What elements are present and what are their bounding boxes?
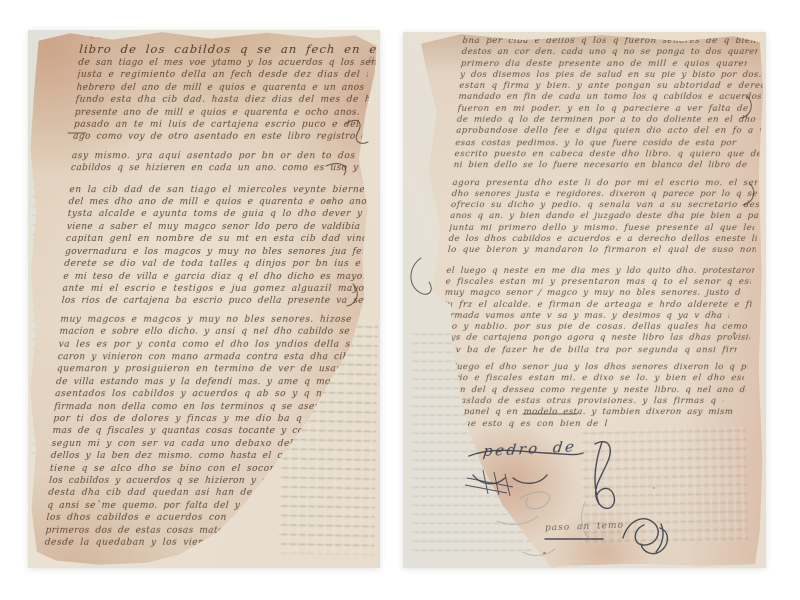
manuscript-line: simon del q dessea como regente y neste …	[438, 385, 747, 396]
manuscript-line: firmada vamos ante v sa y mas. y desimos…	[443, 311, 730, 322]
manuscript-line: quemaron y prosiguieron en termino de ve…	[56, 363, 366, 375]
manuscript-line: pasado an te mi luis de cartajena escrio…	[73, 119, 373, 131]
ink-speck	[328, 200, 331, 203]
manuscript-line: ante mi el escrio e testigos e jua gomez…	[62, 283, 375, 295]
manuscript-line: luys de cartajena pongo agora q neste li…	[441, 333, 750, 344]
manuscript-line: derete se dio val de toda talles q dinjo…	[64, 258, 374, 270]
manuscript-line: macion e sobre ello dicho. y ansi q nel …	[59, 326, 359, 338]
manuscript-line: anos q an. y bien dando el juzgado deste…	[450, 211, 759, 222]
manuscript-line: fundo esta dha cib dad. hasta diez dias …	[75, 94, 385, 106]
manuscript-line: la v ba de fazer he de billa tra por seg…	[440, 345, 736, 356]
ink-speck	[98, 500, 100, 502]
ink-speck	[733, 332, 736, 335]
manuscript-line: desde la quedaban y los vieron me cometi…	[44, 537, 310, 549]
manuscript-line: ju frz el alcalde. e firman de arteaga e…	[444, 300, 753, 311]
manuscript-line: lo que bieron y mandaron lo firmaron el …	[447, 245, 756, 256]
manuscript-line: libro de los cabildos q se an fech en es…	[79, 42, 389, 57]
ink-speck	[543, 552, 546, 554]
manuscript-line: fueron en mi poder. y en lo q pareciere …	[457, 104, 753, 115]
manuscript-line: dho senores justa e regidores. dixeron q…	[451, 189, 760, 200]
manuscript-line: justa e regimiento della an fech desde d…	[77, 69, 368, 81]
manuscript-line: dio y nablio. por sus pie de cosas. dell…	[442, 322, 748, 333]
manuscript-line: cabildos q se hizieren en cada un ano. c…	[70, 162, 361, 174]
manuscript-line: tysta alcalde e ayunta toms de guia q lo…	[67, 208, 377, 220]
manuscript-line: estan q firma y bien. y ante pongan su a…	[459, 81, 765, 92]
manuscript-line: hebrero del ano de mill e quios e quaren…	[76, 82, 389, 94]
manuscript-line: capitan genl en nombre de su mt en esta …	[65, 233, 378, 245]
manuscript-line: asy mismo. yra aqui asentado por bn or d…	[71, 150, 381, 162]
manuscript-line: asentados los cabildos y acuerdos q ab s…	[55, 388, 355, 400]
manuscript-line: en la cib dad de san tiago el miercoles …	[69, 184, 382, 196]
manuscript-line: caron y vinieron con mano armada contra …	[57, 351, 348, 363]
manuscript-text-block-right: bna per ciba e dellos q los q fueron sen…	[435, 36, 771, 430]
manuscript-line: y dos disemos los pies de salud en su pi…	[460, 70, 769, 81]
manuscript-page-right: bna per ciba e dellos q los q fueron sen…	[403, 32, 766, 568]
manuscript-line: ago como voy de otro asentado en este li…	[73, 131, 386, 143]
manuscript-line: ofrecio su dicho y pedio. q senala van a…	[450, 200, 759, 211]
manuscript-line: de san tiago el mes voe ytamo y los acue…	[78, 57, 378, 69]
manuscript-line: destos an cor den. cada uno q no se pong…	[461, 47, 757, 58]
manuscript-line: esas costas pedimos. y lo que fuere cosi…	[455, 138, 742, 149]
manuscript-line: de los dhos cabildos e acuerdos e a dere…	[448, 234, 757, 245]
faint-header-annotation: cabildo	[90, 30, 134, 42]
manuscript-line: muy magco senor / magco y muy no bles se…	[444, 288, 740, 299]
manuscript-line: los rios de cartajena ba escrio puco del…	[61, 295, 374, 307]
manuscript-line: del mes dho ano de mill e quios e quaren…	[68, 196, 368, 208]
manuscript-line: de villa estando mas y la defendi mas. y…	[56, 376, 369, 388]
manuscript-line: primero dia deste presente ano de mill e…	[460, 59, 747, 70]
manuscript-line: agora presenta dho este li do por mi el …	[452, 178, 758, 189]
manuscript-line: escrio e fiscales estan mi. e dixo se lo…	[438, 373, 744, 384]
manuscript-line: de miedo q lo de terminen por a to do do…	[456, 115, 765, 126]
manuscript-line: el traslado de estas otras provisiones. …	[437, 396, 724, 407]
manuscript-line: e mi teso de villa e garcia diaz q el dh…	[63, 271, 376, 283]
manuscript-line: governadura e los magcos y muy no bles s…	[65, 246, 378, 258]
manuscript-line: el luego el dho senor jua y los dhos sen…	[439, 362, 748, 373]
manuscript-line: mandado en fin de cada un tomo los q cab…	[458, 92, 767, 103]
manuscript-line: ni bien dello se lo fuere necesario en b…	[453, 160, 749, 171]
manuscript-page-left: cabildo 9 libro de los cabildos q se an …	[28, 30, 380, 568]
manuscript-line: aprobandose dello fee e diga quien dio a…	[456, 126, 762, 137]
manuscript-line: junta mi primero dello y mismo. fuese pr…	[449, 223, 755, 234]
manuscript-scan: cabildo 9 libro de los cabildos q se an …	[0, 0, 800, 600]
manuscript-line: muy magcos e magcos y muy no bles senore…	[60, 314, 370, 326]
manuscript-line: va les es por y conta como el dho los yn…	[58, 339, 371, 351]
manuscript-line: bna per ciba e dellos q los q fueron sen…	[462, 36, 768, 47]
manuscript-line: escrito puesto en cabeca deste dho libro…	[454, 149, 763, 160]
manuscript-line: el luego q neste en me dia mes y ldo qui…	[446, 266, 755, 277]
manuscript-line: y su panel q en modelo esta. y tambien d…	[436, 407, 732, 418]
manuscript-line: e fiscales estan mi y presentaron mas q …	[445, 277, 751, 288]
manuscript-line: viene a saber el muy magco senor ldo per…	[66, 221, 379, 233]
margin-bracket-icon	[411, 258, 431, 294]
manuscript-line: presente ano de mill e quios e quarenta …	[74, 107, 387, 119]
